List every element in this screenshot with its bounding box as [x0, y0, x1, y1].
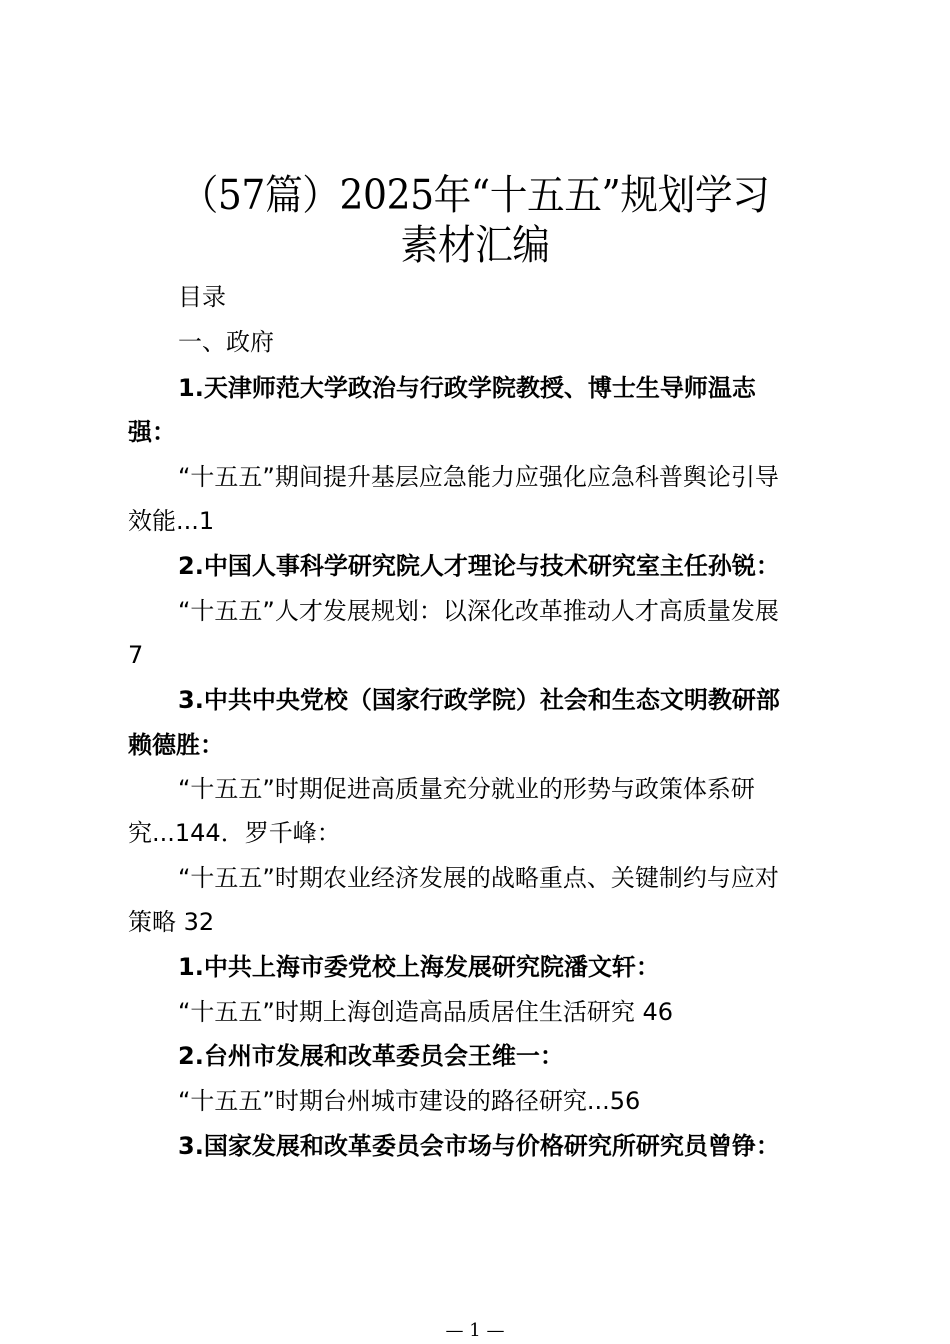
toc-entry-title-cont: 策略 32 — [128, 907, 828, 937]
toc-entry-title: “十五五”期间提升基层应急能力应强化应急科普舆论引导 — [178, 462, 878, 492]
toc-entry-author: 2.台州市发展和改革委员会王维一： — [178, 1041, 878, 1071]
toc-entry-author: 3.国家发展和改革委员会市场与价格研究所研究员曾铮： — [178, 1131, 878, 1161]
toc-entry-author: 1.天津师范大学政治与行政学院教授、博士生导师温志 — [178, 373, 878, 403]
toc-entry-author: 3.中共中央党校（国家行政学院）社会和生态文明教研部 — [178, 685, 878, 715]
toc-entry-title-cont: 究...144．罗千峰： — [128, 818, 828, 848]
document-page: （57篇）2025年“十五五”规划学习 素材汇编 目录 一、政府 1.天津师范大… — [0, 0, 950, 1344]
toc-entry-title: “十五五”时期促进高质量充分就业的形势与政策体系研 — [178, 774, 878, 804]
toc-entry-title-cont: 效能...1 — [128, 506, 828, 536]
section-heading-government: 一、政府 — [178, 327, 878, 357]
toc-entry-author: 1.中共上海市委党校上海发展研究院潘文轩： — [178, 952, 878, 982]
toc-entry-title: “十五五”人才发展规划：以深化改革推动人才高质量发展 — [178, 596, 878, 626]
toc-entry-author-cont: 强： — [128, 417, 828, 447]
toc-entry-title: “十五五”时期上海创造高品质居住生活研究 46 — [178, 997, 878, 1027]
toc-entry-author-cont: 赖德胜： — [128, 730, 828, 760]
page-number: — 1 — — [0, 1320, 950, 1342]
toc-entry-page-number: 7 — [128, 640, 828, 670]
toc-entry-title: “十五五”时期农业经济发展的战略重点、关键制约与应对 — [178, 863, 878, 893]
toc-entry-author: 2.中国人事科学研究院人才理论与技术研究室主任孙锐： — [178, 551, 878, 581]
document-title-line-1: （57篇）2025年“十五五”规划学习 — [148, 170, 801, 220]
toc-entry-title: “十五五”时期台州城市建设的路径研究...56 — [178, 1086, 878, 1116]
toc-heading: 目录 — [178, 282, 878, 312]
document-title-line-2: 素材汇编 — [148, 220, 801, 270]
